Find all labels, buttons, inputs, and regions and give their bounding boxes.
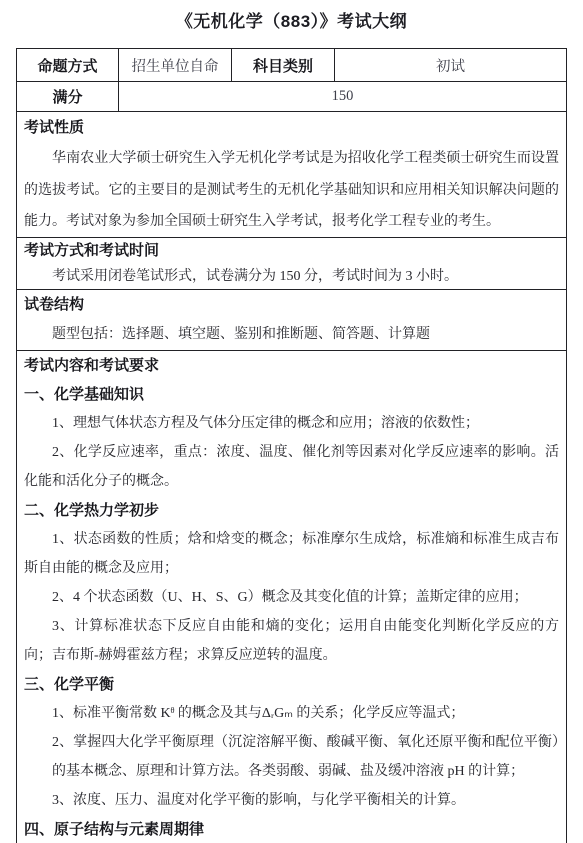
- section-paragraph: 考试采用闭卷笔试形式，试卷满分为 150 分，考试时间为 3 小时。: [24, 264, 559, 290]
- section-exam-nature: 考试性质 华南农业大学硕士研究生入学无机化学考试是为招收化学工程类硕士研究生而设…: [17, 112, 566, 238]
- syllabus-item: 2、化学反应速率，重点：浓度、温度、催化剂等因素对化学反应速率的影响。活化能和活…: [24, 438, 559, 496]
- section-title: 试卷结构: [24, 290, 559, 320]
- section-exam-format-time: 考试方式和考试时间 考试采用闭卷笔试形式，试卷满分为 150 分，考试时间为 3…: [17, 238, 566, 290]
- document-page: 《无机化学（883）》考试大纲 命题方式 招生单位自命 科目类别 初试 满分 1…: [0, 0, 583, 843]
- page-title: 《无机化学（883）》考试大纲: [0, 7, 583, 32]
- syllabus-item: 1、状态函数的性质；焓和焓变的概念；标准摩尔生成焓，标准熵和标准生成吉布斯自由能…: [24, 525, 559, 583]
- subject-category-value: 初试: [335, 49, 566, 81]
- section-content-requirements: 考试内容和考试要求 一、化学基础知识 1、理想气体状态方程及气体分压定律的概念和…: [17, 351, 566, 843]
- full-score-label: 满分: [17, 82, 119, 111]
- section-title: 考试内容和考试要求: [24, 351, 559, 380]
- subject-category-label: 科目类别: [232, 49, 335, 81]
- section-title: 考试性质: [24, 112, 559, 143]
- subsection-heading: 一、化学基础知识: [24, 380, 559, 409]
- full-score-row: 满分 150: [17, 82, 566, 112]
- subsection-heading: 四、原子结构与元素周期律: [24, 815, 559, 843]
- syllabus-item: 1、标准平衡常数 Kᶿ 的概念及其与ΔᵣGₘ 的关系；化学反应等温式；: [24, 699, 559, 728]
- syllabus-item: 3、计算标准状态下反应自由能和熵的变化；运用自由能变化判断化学反应的方向；吉布斯…: [24, 612, 559, 670]
- full-score-value: 150: [119, 82, 566, 111]
- section-paragraph: 华南农业大学硕士研究生入学无机化学考试是为招收化学工程类硕士研究生而设置的选拔考…: [24, 143, 559, 237]
- subsection-atomic-structure: 四、原子结构与元素周期律: [24, 815, 559, 843]
- syllabus-item: 1、理想气体状态方程及气体分压定律的概念和应用；溶液的依数性；: [24, 409, 559, 438]
- subsection-heading: 二、化学热力学初步: [24, 496, 559, 525]
- section-paragraph: 题型包括：选择题、填空题、鉴别和推断题、简答题、计算题: [24, 320, 559, 350]
- proposition-method-label: 命题方式: [17, 49, 119, 81]
- syllabus-item: 2、4 个状态函数（U、H、S、G）概念及其变化值的计算；盖斯定律的应用；: [24, 583, 559, 612]
- outline-table: 命题方式 招生单位自命 科目类别 初试 满分 150 考试性质 华南农业大学硕士…: [16, 48, 567, 843]
- section-paper-structure: 试卷结构 题型包括：选择题、填空题、鉴别和推断题、简答题、计算题: [17, 290, 566, 351]
- section-title: 考试方式和考试时间: [24, 238, 559, 264]
- subsection-chem-basics: 一、化学基础知识 1、理想气体状态方程及气体分压定律的概念和应用；溶液的依数性；…: [24, 380, 559, 496]
- syllabus-item: 2、掌握四大化学平衡原理（沉淀溶解平衡、酸碱平衡、氧化还原平衡和配位平衡）的基本…: [24, 728, 559, 786]
- proposition-method-value: 招生单位自命: [119, 49, 232, 81]
- subsection-heading: 三、化学平衡: [24, 670, 559, 699]
- syllabus-item: 3、浓度、压力、温度对化学平衡的影响，与化学平衡相关的计算。: [24, 786, 559, 815]
- subsection-thermodynamics: 二、化学热力学初步 1、状态函数的性质；焓和焓变的概念；标准摩尔生成焓，标准熵和…: [24, 496, 559, 670]
- info-header-row: 命题方式 招生单位自命 科目类别 初试: [17, 49, 566, 82]
- subsection-chemical-equilibrium: 三、化学平衡 1、标准平衡常数 Kᶿ 的概念及其与ΔᵣGₘ 的关系；化学反应等温…: [24, 670, 559, 815]
